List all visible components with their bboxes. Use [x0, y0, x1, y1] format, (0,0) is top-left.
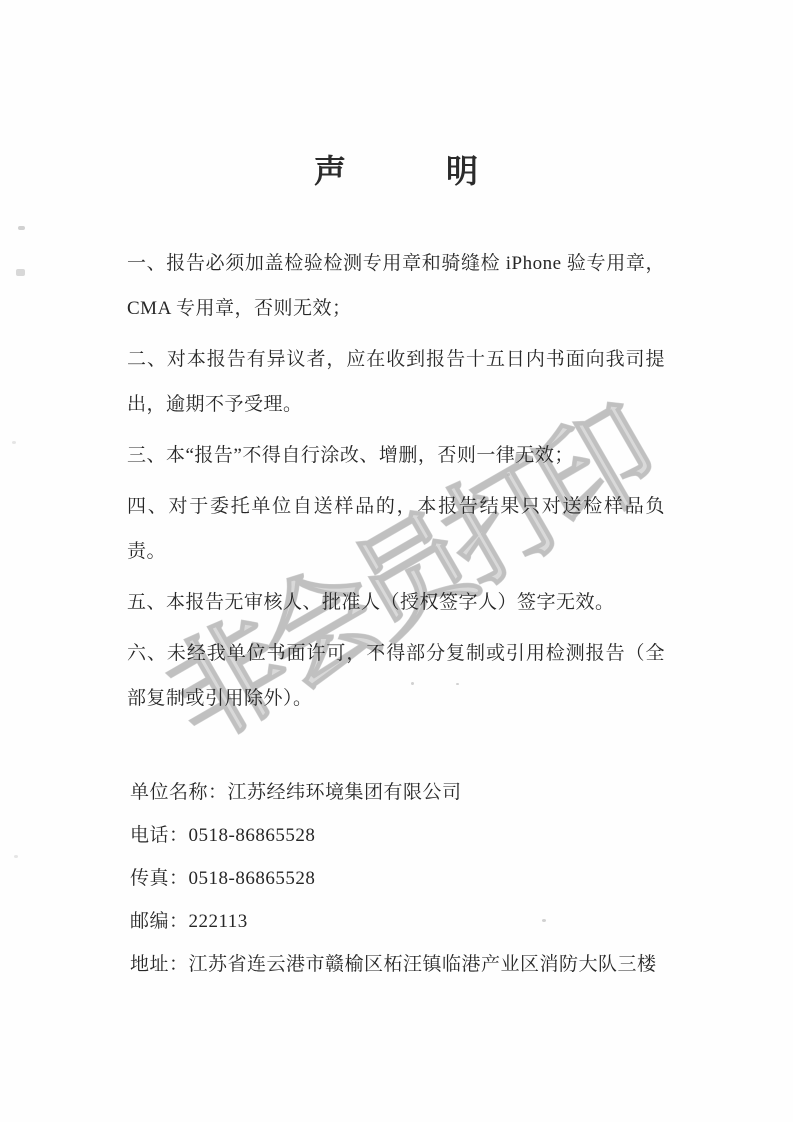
address-value: 江苏省连云港市赣榆区柘汪镇临港产业区消防大队三楼 — [189, 954, 657, 975]
contact-line-phone: 电话：0518-86865528 — [130, 824, 740, 848]
postcode-label: 邮编： — [130, 911, 189, 932]
scan-speck — [14, 855, 18, 858]
scan-speck — [456, 683, 459, 685]
company-name-value: 江苏经纬环境集团有限公司 — [228, 782, 462, 803]
scan-speck — [16, 269, 25, 276]
contact-line-postcode: 邮编：222113 — [130, 910, 740, 934]
scan-speck — [542, 919, 546, 922]
phone-label: 电话： — [130, 825, 189, 846]
scan-speck — [411, 682, 414, 685]
declaration-item-1: 一、报告必须加盖检验检测专用章和骑缝检 iPhone 验专用章，CMA 专用章，… — [127, 241, 665, 331]
scanned-report-page: 非会员打印 声 明 一、报告必须加盖检验检测专用章和骑缝检 iPhone 验专用… — [0, 0, 793, 1122]
scan-speck — [507, 473, 510, 476]
declaration-item-4: 四、对于委托单位自送样品的，本报告结果只对送检样品负责。 — [127, 484, 665, 574]
contact-line-fax: 传真：0518-86865528 — [130, 867, 740, 891]
contact-line-company: 单位名称：江苏经纬环境集团有限公司 — [130, 781, 740, 805]
scan-speck — [12, 441, 16, 444]
declaration-item-3: 三、本“报告”不得自行涂改、增删，否则一律无效； — [127, 433, 665, 478]
fax-value: 0518-86865528 — [189, 868, 316, 889]
contact-info: 单位名称：江苏经纬环境集团有限公司 电话：0518-86865528 传真：05… — [130, 781, 740, 996]
postcode-value: 222113 — [189, 911, 248, 932]
declaration-item-6: 六、未经我单位书面许可，不得部分复制或引用检测报告（全部复制或引用除外）。 — [127, 631, 665, 721]
declaration-item-2: 二、对本报告有异议者，应在收到报告十五日内书面向我司提出，逾期不予受理。 — [127, 337, 665, 427]
fax-label: 传真： — [130, 868, 189, 889]
page-title: 声 明 — [0, 146, 793, 192]
phone-value: 0518-86865528 — [189, 825, 316, 846]
company-name-label: 单位名称： — [130, 782, 228, 803]
declaration-body: 一、报告必须加盖检验检测专用章和骑缝检 iPhone 验专用章，CMA 专用章，… — [127, 241, 665, 727]
contact-line-address: 地址：江苏省连云港市赣榆区柘汪镇临港产业区消防大队三楼 — [130, 953, 740, 977]
declaration-item-5: 五、本报告无审核人、批准人（授权签字人）签字无效。 — [127, 580, 665, 625]
address-label: 地址： — [130, 954, 189, 975]
scan-speck — [18, 226, 25, 230]
